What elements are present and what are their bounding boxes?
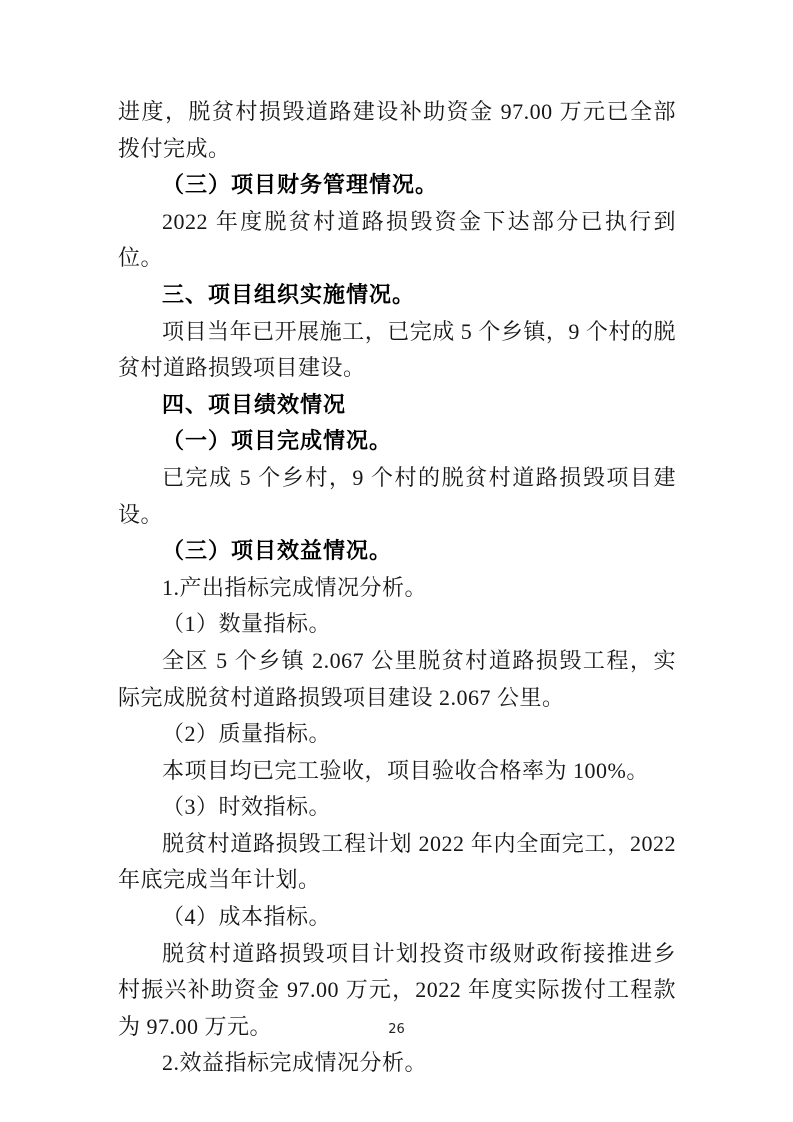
section-heading-finance-management: （三）项目财务管理情况。 (118, 167, 676, 204)
section-heading-project-performance: 四、项目绩效情况 (118, 387, 676, 424)
paragraph: 2022 年度脱贫村道路损毁资金下达部分已执行到位。 (118, 204, 676, 277)
paragraph: 1.产出指标完成情况分析。 (118, 570, 676, 607)
paragraph: 已完成 5 个乡村，9 个村的脱贫村道路损毁项目建设。 (118, 460, 676, 533)
paragraph: 全区 5 个乡镇 2.067 公里脱贫村道路损毁工程，实际完成脱贫村道路损毁项目… (118, 643, 676, 716)
paragraph: （3）时效指标。 (118, 789, 676, 826)
paragraph: 项目当年已开展施工，已完成 5 个乡镇，9 个村的脱贫村道路损毁项目建设。 (118, 314, 676, 387)
paragraph: （2）质量指标。 (118, 716, 676, 753)
section-heading-project-benefit: （三）项目效益情况。 (118, 533, 676, 570)
paragraph: （4）成本指标。 (118, 899, 676, 936)
section-heading-project-completion: （一）项目完成情况。 (118, 423, 676, 460)
paragraph: 本项目均已完工验收，项目验收合格率为 100%。 (118, 753, 676, 790)
document-page: 进度，脱贫村损毁道路建设补助资金 97.00 万元已全部拨付完成。 （三）项目财… (0, 0, 793, 1122)
section-heading-organization-implementation: 三、项目组织实施情况。 (118, 277, 676, 314)
document-body: 进度，脱贫村损毁道路建设补助资金 97.00 万元已全部拨付完成。 （三）项目财… (118, 94, 676, 1082)
paragraph: 脱贫村道路损毁工程计划 2022 年内全面完工，2022 年底完成当年计划。 (118, 826, 676, 899)
page-number: 26 (0, 1022, 793, 1037)
paragraph: （1）数量指标。 (118, 606, 676, 643)
paragraph: 2.效益指标完成情况分析。 (118, 1045, 676, 1082)
paragraph-continuation: 进度，脱贫村损毁道路建设补助资金 97.00 万元已全部拨付完成。 (118, 94, 676, 167)
